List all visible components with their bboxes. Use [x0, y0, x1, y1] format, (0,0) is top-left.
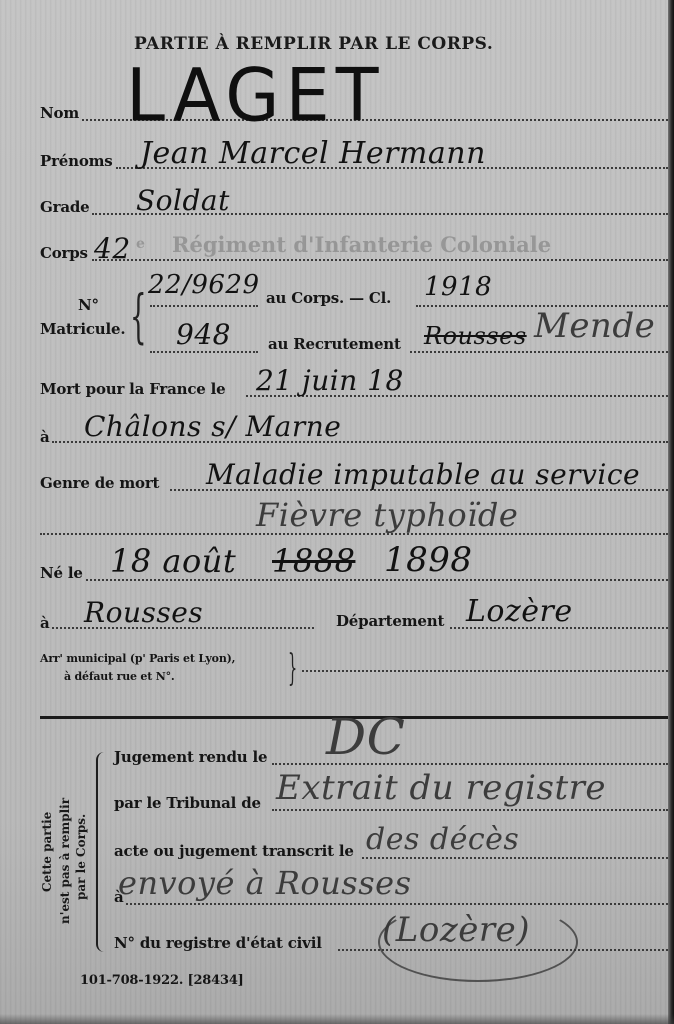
value-jugement: DC — [326, 708, 405, 766]
header-title: PARTIE À REMPLIR PAR LE CORPS. — [134, 34, 493, 54]
value-genre-mort: Maladie imputable au service — [206, 458, 640, 491]
label-lieu-mort: à — [40, 428, 50, 446]
value-mort: 21 juin 18 — [256, 364, 404, 397]
label-tribunal: par le Tribunal de — [114, 794, 261, 812]
label-arrondissement-1: Arr' municipal (p' Paris et Lyon), — [40, 652, 235, 665]
side-note-line-3: par le Corps. — [74, 814, 88, 900]
side-note-brace — [96, 752, 104, 952]
value-naissance-date: 18 août — [110, 542, 236, 580]
registre-flourish — [378, 902, 578, 982]
dotline-matricule-recrutement — [150, 351, 258, 353]
dotline-a — [126, 903, 668, 905]
value-transcrit: des décès — [366, 822, 519, 857]
stamp-regiment: Régiment d'Infanterie Coloniale — [172, 232, 551, 257]
label-jugement: Jugement rendu le — [114, 748, 267, 766]
matricule-brace: { — [130, 282, 147, 350]
side-note-line-2: n'est pas à remplir — [58, 798, 72, 924]
value-a: envoyé à Rousses — [118, 864, 412, 902]
dotline-arrondissement — [302, 670, 668, 672]
dotline-matricule-corps — [150, 305, 258, 307]
arrondissement-brace: } — [288, 648, 297, 689]
dotline-recrutement — [410, 351, 668, 353]
value-matricule-recrutement: 948 — [176, 318, 231, 351]
label-genre-mort: Genre de mort — [40, 474, 159, 492]
label-au-corps: au Corps. — Cl. — [266, 289, 391, 307]
label-matricule: Matricule. — [40, 320, 125, 338]
label-transcrit: acte ou jugement transcrit le — [114, 842, 354, 860]
value-lieu-mort: Châlons s/ Marne — [84, 410, 341, 443]
label-corps: Corps — [40, 244, 88, 262]
dotline-corps — [92, 259, 668, 261]
scan-edge-right — [668, 0, 674, 1024]
value-nom: LAGET — [126, 52, 385, 138]
side-note-line-1: Cette partie — [40, 812, 54, 892]
label-arrondissement-2: à défaut rue et N°. — [64, 670, 175, 683]
label-departement: Département — [336, 612, 444, 630]
print-reference: 101-708-1922. [28434] — [80, 973, 244, 988]
label-mort: Mort pour la France le — [40, 380, 225, 398]
value-naissance-year-struck: 1888 — [272, 542, 355, 580]
value-naissance-year: 1898 — [384, 540, 473, 580]
dotline-transcrit — [362, 857, 668, 859]
value-corps: 42 — [94, 232, 131, 265]
label-prenoms: Prénoms — [40, 152, 113, 170]
label-registre: N° du registre d'état civil — [114, 934, 322, 952]
value-recrutement-city: Mende — [534, 306, 655, 346]
value-lieu-naissance: Rousses — [84, 596, 203, 629]
value-prenoms: Jean Marcel Hermann — [140, 136, 486, 171]
value-matricule-corps: 22/9629 — [148, 270, 260, 300]
label-lieu-naissance: à — [40, 614, 50, 632]
value-departement: Lozère — [466, 594, 573, 629]
value-recrutement-struck: Rousses — [424, 322, 527, 350]
label-nom: Nom — [40, 104, 79, 122]
dotline-tribunal — [272, 809, 668, 811]
label-naissance: Né le — [40, 564, 83, 582]
value-genre-mort-detail: Fièvre typhoïde — [256, 496, 518, 534]
value-classe: 1918 — [424, 272, 492, 302]
value-grade: Soldat — [136, 184, 230, 217]
label-no: N° — [78, 296, 99, 314]
record-card: PARTIE À REMPLIR PAR LE CORPS. Nom LAGET… — [0, 0, 674, 1024]
side-note: Cette partie n'est pas à remplir par le … — [34, 760, 104, 940]
label-au-recrutement: au Recrutement — [268, 335, 401, 353]
scan-edge-bottom — [0, 1014, 674, 1024]
label-grade: Grade — [40, 198, 89, 216]
value-tribunal: Extrait du registre — [276, 768, 606, 808]
value-corps-suffix: e — [136, 236, 145, 252]
